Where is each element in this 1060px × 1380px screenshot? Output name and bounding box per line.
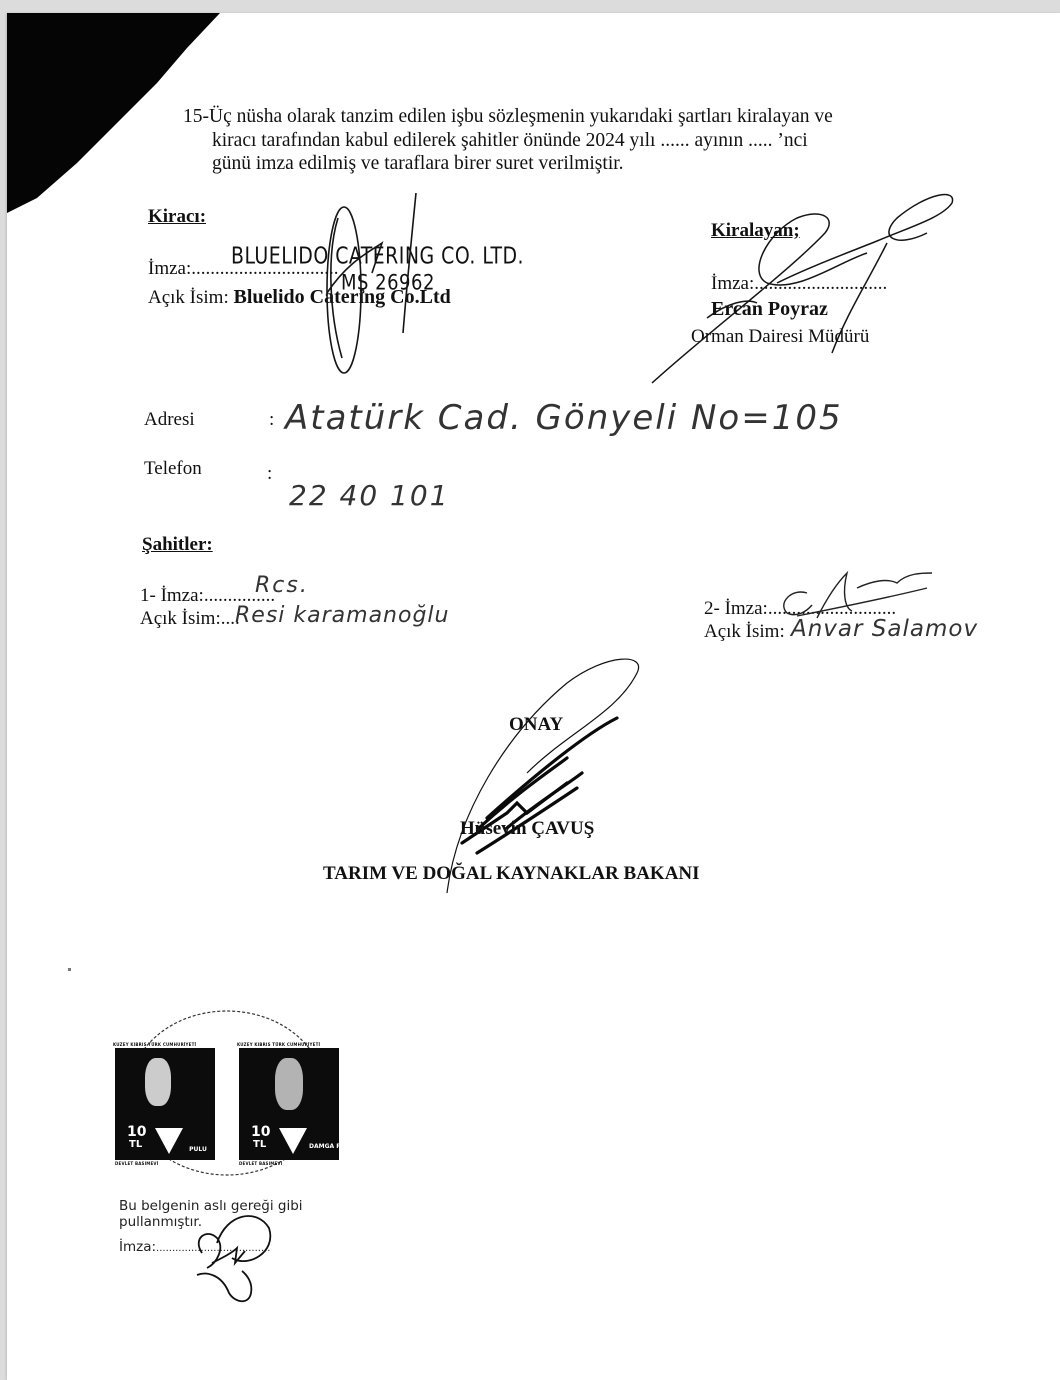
stamp-2-currency: TL [253, 1139, 266, 1150]
witnesses-heading: Şahitler: [142, 534, 213, 556]
landlord-signature-dots: ............................ [754, 273, 887, 294]
stamp-header-left: KUZEY KIBRIS TÜRK CUMHURİYETİ [113, 1042, 196, 1047]
approver-title: TARIM VE DOĞAL KAYNAKLAR BAKANI [323, 863, 700, 885]
stamp-1-value: 10 [127, 1126, 146, 1139]
revenue-stamp-1: 10 TL PULU [115, 1048, 215, 1160]
stray-mark [68, 968, 71, 971]
landlord-signature-label: İmza: [711, 273, 754, 294]
witness-1-name-hand: Resi karamanoğlu [235, 603, 449, 628]
tenant-heading: Kiracı: [148, 206, 206, 228]
witness-2-name-label: Açık İsim: [704, 621, 785, 642]
tenant-signature-label: İmza: [148, 258, 191, 279]
stamp-note-line-2: pullanmıştır. [119, 1215, 202, 1230]
stamp-2-label: DAMGA PULU [309, 1143, 337, 1150]
address-label: Adresi [144, 409, 195, 431]
document-page: 15-Üç nüsha olarak tanzim edilen işbu sö… [7, 13, 1060, 1380]
tenant-name-field: Açık İsim: Bluelido Catering Co.Ltd [148, 286, 451, 309]
stamp-1-currency: TL [129, 1139, 142, 1150]
address-colon: : [269, 409, 274, 431]
approver-name: Hüseyin ÇAVUŞ [460, 818, 594, 840]
stamp-2-footer: DEVLET BASIMEVİ [239, 1161, 282, 1166]
stamp-signature-field: İmza:...................................… [119, 1240, 270, 1256]
stamp-2-value: 10 [251, 1126, 270, 1139]
witness-2-name-field: Açık İsim: [704, 621, 785, 643]
witness-1-signature-hand: Rcs. [255, 573, 309, 598]
landlord-heading: Kiralayan; [711, 220, 800, 242]
landlord-signature-field: İmza:............................ [711, 273, 887, 295]
landlord-title: Orman Dairesi Müdürü [691, 326, 869, 348]
clause-line-2: kiracı tarafından kabul edilerek şahitle… [212, 129, 808, 152]
stamp-1-footer: DEVLET BASIMEVİ [115, 1161, 158, 1166]
witness-1-name-label: Açık İsim: [140, 608, 221, 629]
tenant-name-value: Bluelido Catering Co.Ltd [234, 286, 451, 308]
stamp-1-label: PULU [185, 1146, 211, 1153]
clause-line-3: günü imza edilmiş ve taraflara birer sur… [212, 152, 624, 175]
approval-heading: ONAY [509, 714, 563, 736]
landlord-name: Ercan Poyraz [711, 298, 828, 321]
revenue-stamp-2: 10 TL DAMGA PULU [239, 1048, 339, 1160]
tenant-signature-field: İmza:............................... [148, 258, 339, 280]
witness-1-signature-label: 1- İmza: [140, 585, 204, 606]
stamp-note-line-1: Bu belgenin aslı gereği gibi [119, 1199, 303, 1214]
revenue-stamps: KUZEY KIBRIS TÜRK CUMHURİYETİ KUZEY KIBR… [105, 998, 345, 1178]
phone-colon: : [267, 463, 272, 485]
tenant-signature-dots: ............................... [191, 258, 338, 279]
stamp-2-collar-shape [279, 1128, 307, 1154]
witness-1-name-field: Açık İsim:.... [140, 608, 240, 630]
clause-line-1: 15-Üç nüsha olarak tanzim edilen işbu sö… [183, 105, 833, 128]
stamp-header-right: KUZEY KIBRIS TÜRK CUMHURİYETİ [237, 1042, 320, 1047]
stamp-2-portrait-icon [275, 1058, 303, 1110]
stamp-signature-dots: .................................... [156, 1243, 270, 1254]
tenant-name-label: Açık İsim: [148, 287, 229, 308]
stamp-1-collar-shape [155, 1128, 183, 1154]
phone-value: 22 40 101 [289, 479, 450, 512]
phone-label: Telefon [144, 458, 202, 480]
stamp-1-portrait-icon [145, 1058, 171, 1106]
witness-2-name-hand: Anvar Salamov [791, 616, 978, 642]
witness-2-signature-label: 2- İmza: [704, 598, 768, 619]
stamp-signature-label: İmza: [119, 1239, 156, 1255]
address-value: Atatürk Cad. Gönyeli No=105 [285, 398, 843, 438]
